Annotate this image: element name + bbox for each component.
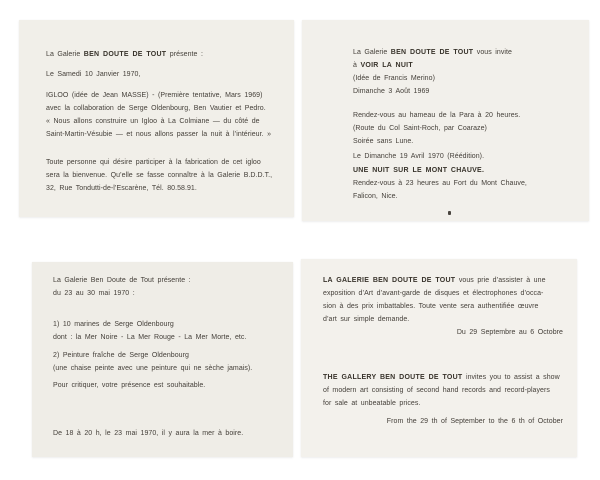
text-segment: IGLOO (idée de Jean MASSE) - (Première t… bbox=[46, 92, 262, 99]
text-line: Soirée sans Lune. bbox=[353, 135, 579, 148]
text-segment: (Route du Col Saint-Roch, par Coaraze) bbox=[353, 125, 487, 132]
text-line: (Idée de Francis Merino) bbox=[353, 72, 579, 85]
bold-text-segment: THE GALLERY BEN DOUTE DE TOUT bbox=[323, 374, 462, 381]
text-segment: Pour critiquer, votre présence est souha… bbox=[53, 382, 205, 389]
text-line: 32, Rue Tondutti-de-l’Escarène, Tél. 80.… bbox=[46, 182, 290, 195]
text-line: 1) 10 marines de Serge Oldenbourg bbox=[53, 318, 283, 331]
card-voir-la-nuit-invitation: La Galerie BEN DOUTE DE TOUT vous invite… bbox=[302, 20, 589, 221]
text-line: THE GALLERY BEN DOUTE DE TOUT invites yo… bbox=[323, 371, 563, 384]
text-line: Le Dimanche 19 Avril 1970 (Réédition). bbox=[353, 150, 579, 163]
bold-text-segment: VOIR LA NUIT bbox=[360, 62, 412, 69]
bold-text-segment: LA GALERIE BEN DOUTE DE TOUT bbox=[323, 277, 455, 284]
text-segment: Dimanche 3 Août 1969 bbox=[353, 88, 429, 95]
text-segment: avec la collaboration de Serge Oldenbour… bbox=[46, 105, 266, 112]
text-segment: Du 29 Septembre au 6 Octobre bbox=[457, 329, 563, 336]
text-segment: Le Dimanche 19 Avril 1970 (Réédition). bbox=[353, 153, 484, 160]
text-segment: (Idée de Francis Merino) bbox=[353, 75, 435, 82]
text-segment: Toute personne qui désire participer à l… bbox=[46, 159, 261, 166]
text-line: du 23 au 30 mai 1970 : bbox=[53, 287, 283, 300]
text-segment: du 23 au 30 mai 1970 : bbox=[53, 290, 135, 297]
text-segment: La Galerie bbox=[353, 49, 391, 56]
text-line: for sale at unbeatable prices. bbox=[323, 397, 563, 410]
bold-text-segment: BEN DOUTE DE TOUT bbox=[391, 49, 474, 56]
text-segment: of modern art consisting of second hand … bbox=[323, 387, 550, 394]
text-line: (Route du Col Saint-Roch, par Coaraze) bbox=[353, 122, 579, 135]
text-segment: Falicon, Nice. bbox=[353, 193, 398, 200]
text-line: Pour critiquer, votre présence est souha… bbox=[53, 379, 283, 392]
text-segment: vous invite bbox=[473, 49, 512, 56]
text-segment: 32, Rue Tondutti-de-l’Escarène, Tél. 80.… bbox=[46, 185, 197, 192]
text-line: Le Samedi 10 Janvier 1970, bbox=[46, 68, 290, 81]
text-line: La Galerie Ben Doute de Tout présente : bbox=[53, 274, 283, 287]
card-igloo-invitation: La Galerie BEN DOUTE DE TOUT présente :L… bbox=[19, 20, 294, 217]
text-line: of modern art consisting of second hand … bbox=[323, 384, 563, 397]
text-segment: Rendez-vous au hameau de la Para à 20 he… bbox=[353, 112, 520, 119]
text-line: Rendez-vous à 23 heures au Fort du Mont … bbox=[353, 177, 579, 190]
text-line: Falicon, Nice. bbox=[353, 190, 579, 203]
text-line: LA GALERIE BEN DOUTE DE TOUT vous prie d… bbox=[323, 274, 563, 287]
text-segment: invites you to assist a show bbox=[462, 374, 559, 381]
card-oldenbourg-marines-invitation: La Galerie Ben Doute de Tout présente :d… bbox=[32, 262, 293, 457]
text-segment: La Galerie Ben Doute de Tout présente : bbox=[53, 277, 191, 284]
text-segment: Le Samedi 10 Janvier 1970, bbox=[46, 71, 140, 78]
scan-page: La Galerie BEN DOUTE DE TOUT présente :L… bbox=[0, 0, 600, 480]
text-segment: exposition d’Art d’avant-garde de disque… bbox=[323, 290, 543, 297]
text-line: sion à des prix imbattables. Toute vente… bbox=[323, 300, 563, 313]
text-line: « Nous allons construire un Igloo à La C… bbox=[46, 115, 290, 128]
text-segment: La Galerie bbox=[46, 51, 84, 58]
text-segment: sion à des prix imbattables. Toute vente… bbox=[323, 303, 538, 310]
text-line: Rendez-vous au hameau de la Para à 20 he… bbox=[353, 109, 579, 122]
text-segment: d’art sur simple demande. bbox=[323, 316, 409, 323]
text-segment: (une chaise peinte avec une peinture qui… bbox=[53, 365, 252, 372]
text-line: La Galerie BEN DOUTE DE TOUT présente : bbox=[46, 48, 290, 61]
text-line: From the 29 th of September to the 6 th … bbox=[323, 415, 563, 428]
text-line: exposition d’Art d’avant-garde de disque… bbox=[323, 287, 563, 300]
text-segment: Saint-Martin-Vésubie — et nous allons pa… bbox=[46, 131, 271, 138]
text-line: IGLOO (idée de Jean MASSE) - (Première t… bbox=[46, 89, 290, 102]
bold-text-segment: BEN DOUTE DE TOUT bbox=[84, 51, 167, 58]
text-segment: vous prie d’assister à une bbox=[455, 277, 545, 284]
text-line: avec la collaboration de Serge Oldenbour… bbox=[46, 102, 290, 115]
text-line: Saint-Martin-Vésubie — et nous allons pa… bbox=[46, 128, 290, 141]
text-segment: présente : bbox=[166, 51, 203, 58]
text-segment: 2) Peinture fraîche de Serge Oldenbourg bbox=[53, 352, 189, 359]
text-segment: « Nous allons construire un Igloo à La C… bbox=[46, 118, 260, 125]
text-segment: for sale at unbeatable prices. bbox=[323, 400, 420, 407]
text-segment: 1) 10 marines de Serge Oldenbourg bbox=[53, 321, 174, 328]
text-line: La Galerie BEN DOUTE DE TOUT vous invite bbox=[353, 46, 579, 59]
text-line: Du 29 Septembre au 6 Octobre bbox=[323, 326, 563, 339]
text-line: De 18 à 20 h, le 23 mai 1970, il y aura … bbox=[53, 427, 283, 440]
text-segment: From the 29 th of September to the 6 th … bbox=[387, 418, 563, 425]
text-segment: Soirée sans Lune. bbox=[353, 138, 413, 145]
bold-text-segment: UNE NUIT SUR LE MONT CHAUVE. bbox=[353, 167, 484, 174]
text-segment: De 18 à 20 h, le 23 mai 1970, il y aura … bbox=[53, 430, 243, 437]
text-line: sera la bienvenue. Qu’elle se fasse conn… bbox=[46, 169, 290, 182]
printer-mark bbox=[448, 211, 451, 215]
text-line: Dimanche 3 Août 1969 bbox=[353, 85, 579, 98]
text-line: d’art sur simple demande. bbox=[323, 313, 563, 326]
text-line: à VOIR LA NUIT bbox=[353, 59, 579, 72]
text-line: (une chaise peinte avec une peinture qui… bbox=[53, 362, 283, 375]
text-line: 2) Peinture fraîche de Serge Oldenbourg bbox=[53, 349, 283, 362]
card-records-show-invitation: LA GALERIE BEN DOUTE DE TOUT vous prie d… bbox=[301, 259, 577, 457]
text-segment: Rendez-vous à 23 heures au Fort du Mont … bbox=[353, 180, 527, 187]
text-line: Toute personne qui désire participer à l… bbox=[46, 156, 290, 169]
text-line: UNE NUIT SUR LE MONT CHAUVE. bbox=[353, 164, 579, 177]
text-segment: dont : la Mer Noire - La Mer Rouge - La … bbox=[53, 334, 246, 341]
text-line: dont : la Mer Noire - La Mer Rouge - La … bbox=[53, 331, 283, 344]
text-segment: sera la bienvenue. Qu’elle se fasse conn… bbox=[46, 172, 272, 179]
